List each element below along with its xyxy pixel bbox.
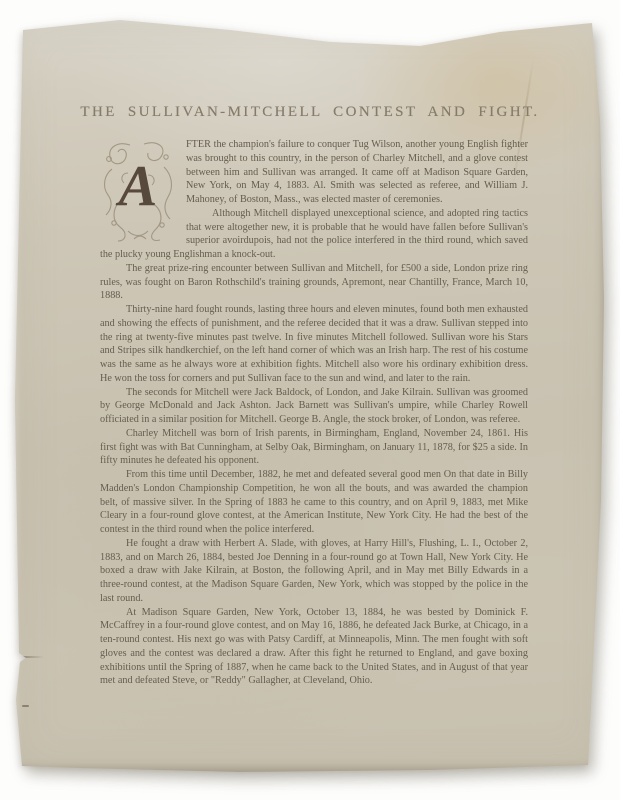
page-title: THE SULLIVAN-MITCHELL CONTEST AND FIGHT. <box>54 104 566 121</box>
drop-cap-letter: A <box>116 153 158 218</box>
paragraph-6: Charley Mitchell was born of Irish paren… <box>100 427 528 468</box>
paragraph-5: The seconds for Mitchell were Jack Baldo… <box>100 386 528 427</box>
paragraph-3: The great prize-ring encounter between S… <box>100 262 528 303</box>
document-page: THE SULLIVAN-MITCHELL CONTEST AND FIGHT. <box>14 16 606 772</box>
paragraph-8: He fought a draw with Herbert A. Slade, … <box>100 537 528 606</box>
decorative-initial-A: A <box>100 139 176 243</box>
paragraph-4: Thirty-nine hard fought rounds, lasting … <box>100 303 528 386</box>
paragraph-9: At Madison Square Garden, New York, Octo… <box>100 606 528 689</box>
paragraph-7: From this time until December, 1882, he … <box>100 468 528 537</box>
edge-speck <box>22 705 29 707</box>
page-shadow: THE SULLIVAN-MITCHELL CONTEST AND FIGHT. <box>0 0 620 800</box>
article-body: A FTER the champion's failure to conquer… <box>14 138 606 688</box>
photo-background: THE SULLIVAN-MITCHELL CONTEST AND FIGHT. <box>0 0 620 800</box>
